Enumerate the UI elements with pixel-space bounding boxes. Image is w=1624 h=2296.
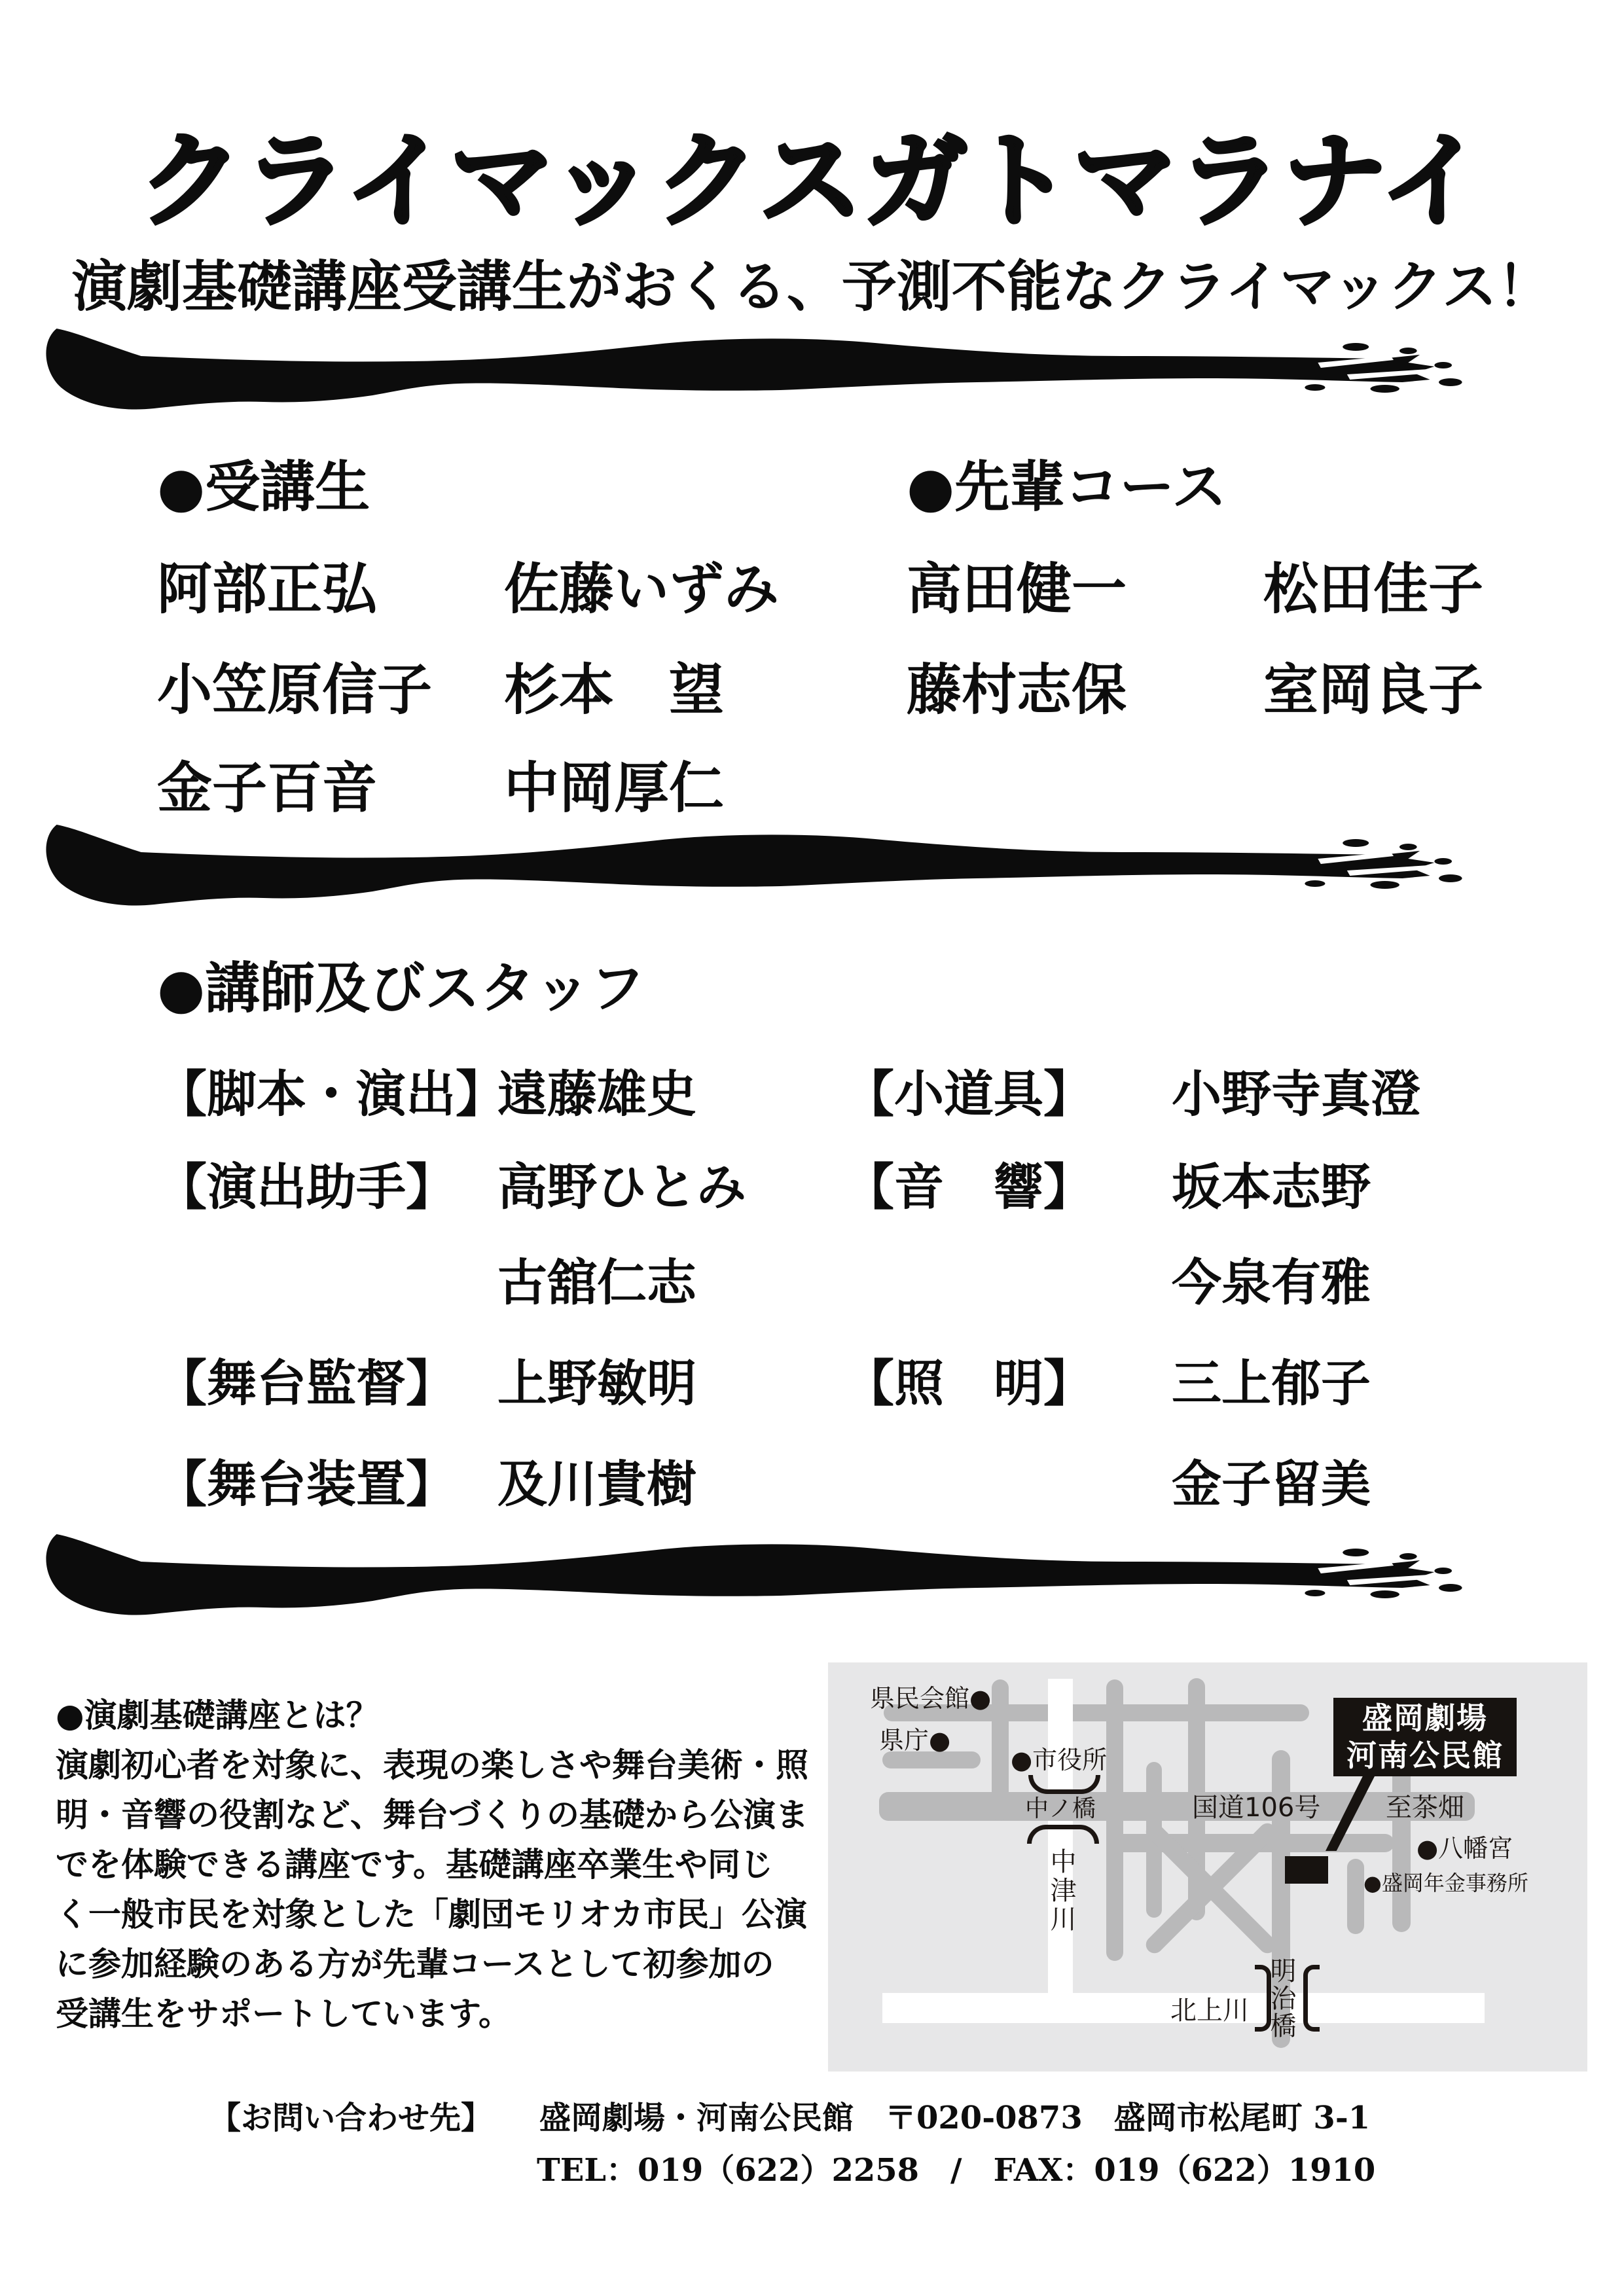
about-heading: ●演劇基礎講座とは？ (56, 1699, 379, 1732)
bridge-mark-icon (1027, 1825, 1099, 1844)
student-name: 中岡厚仁 (504, 761, 724, 816)
staff-name: 及川貴樹 (497, 1460, 696, 1509)
about-line: 明・音響の役割など、舞台づくりの基礎から公演ま (56, 1799, 808, 1831)
senior-name: 室岡良子 (1263, 662, 1483, 717)
map-road (1347, 1859, 1364, 1934)
map-label-chabatake: 至茶畑 (1386, 1795, 1464, 1821)
seniors-heading: ●先輩コース (907, 459, 1227, 514)
about-line: く一般市民を対象とした「劇団モリオカ市民」公演 (56, 1898, 807, 1931)
staff-name: 遠藤雄史 (497, 1069, 696, 1119)
contact-line2: TEL：019（622）2258 / FAX：019（622）1910 (537, 2155, 1375, 2186)
contact-line1: 【お問い合わせ先】 盛岡劇場・河南公民館 〒020-0873 盛岡市松尾町 3-… (209, 2102, 1370, 2134)
venue-marker (1285, 1856, 1328, 1884)
map-road (992, 1679, 1009, 1821)
staff-role: 【照 明】 (844, 1359, 1093, 1408)
brush-divider-1 (27, 322, 1484, 414)
map-label-kenmin-kaikan: 県民会館● (870, 1686, 991, 1711)
staff-name: 古舘仁志 (497, 1258, 696, 1308)
venue-label-line2: 河南公民館 (1333, 1737, 1517, 1774)
staff-name: 坂本志野 (1172, 1162, 1371, 1212)
staff-role: 【小道具】 (844, 1069, 1093, 1119)
staff-name: 上野敏明 (497, 1359, 696, 1408)
map-label-kokudo106: 国道106号 (1192, 1795, 1320, 1821)
bridge-bracket-icon (1303, 1965, 1320, 2032)
map-road (1392, 1766, 1411, 1932)
staff-heading: ●講師及びスタッフ (157, 961, 645, 1016)
map-label-kitakami: 北上川 (1170, 1998, 1249, 2024)
map-label-meijibashi: 明治橋 (1268, 1957, 1294, 2039)
brush-divider-2 (27, 818, 1484, 910)
brush-divider-3 (27, 1528, 1484, 1619)
about-line: でを体験できる講座です。基礎講座卒業生や同じ (56, 1848, 773, 1881)
senior-name: 高田健一 (907, 562, 1127, 617)
about-line: 演劇初心者を対象に、表現の楽しさや舞台美術・照 (56, 1749, 808, 1782)
staff-name: 高野ひとみ (497, 1162, 746, 1212)
about-line: に参加経験のある方が先輩コースとして初参加の (56, 1948, 774, 1981)
access-map: 盛岡劇場 河南公民館 県民会館● 県庁● ●市役所 中ノ橋 国道106号 至茶畑… (828, 1662, 1587, 2072)
staff-role: 【舞台装置】 (157, 1460, 456, 1509)
staff-name: 金子留美 (1172, 1460, 1371, 1509)
student-name: 杉本 望 (504, 662, 724, 717)
map-river-nakatsugawa (1048, 1679, 1073, 2013)
bridge-mark-icon (1028, 1775, 1100, 1794)
student-name: 佐藤いずみ (504, 562, 779, 617)
staff-role: 【音 響】 (844, 1162, 1093, 1212)
staff-name: 三上郁子 (1172, 1359, 1371, 1408)
senior-name: 藤村志保 (907, 662, 1127, 717)
student-name: 金子百音 (157, 761, 377, 816)
students-heading: ●受講生 (157, 459, 370, 514)
staff-name: 今泉有雅 (1172, 1258, 1371, 1308)
map-label-kencho: 県庁● (879, 1728, 950, 1753)
staff-role: 【舞台監督】 (157, 1359, 456, 1408)
staff-role: 【脚本・演出】 (157, 1069, 505, 1119)
map-road (1106, 1679, 1123, 1961)
venue-label-line1: 盛岡劇場 (1333, 1700, 1517, 1737)
venue-label: 盛岡劇場 河南公民館 (1333, 1698, 1517, 1776)
student-name: 小笠原信子 (157, 662, 432, 717)
map-label-hachimangu: ●八幡宮 (1416, 1836, 1513, 1861)
senior-name: 松田佳子 (1263, 562, 1483, 617)
staff-name: 小野寺真澄 (1172, 1069, 1420, 1119)
map-label-nakanohashi: 中ノ橋 (1025, 1797, 1096, 1821)
map-label-nakatsugawa: 中津川 (1048, 1848, 1074, 1934)
page-subtitle: 演劇基礎講座受講生がおくる、予測不能なクライマックス！ (0, 259, 1624, 314)
student-name: 阿部正弘 (157, 562, 377, 617)
page-title: クライマックスガトマラナイ (0, 130, 1624, 233)
flyer-page: クライマックスガトマラナイ 演劇基礎講座受講生がおくる、予測不能なクライマックス… (0, 0, 1624, 2296)
map-label-nenkin: ●盛岡年金事務所 (1363, 1873, 1528, 1893)
map-label-shiyakusho: ●市役所 (1011, 1748, 1107, 1772)
staff-role: 【演出助手】 (157, 1162, 456, 1212)
about-line: 受講生をサポートしています。 (56, 1998, 511, 2030)
